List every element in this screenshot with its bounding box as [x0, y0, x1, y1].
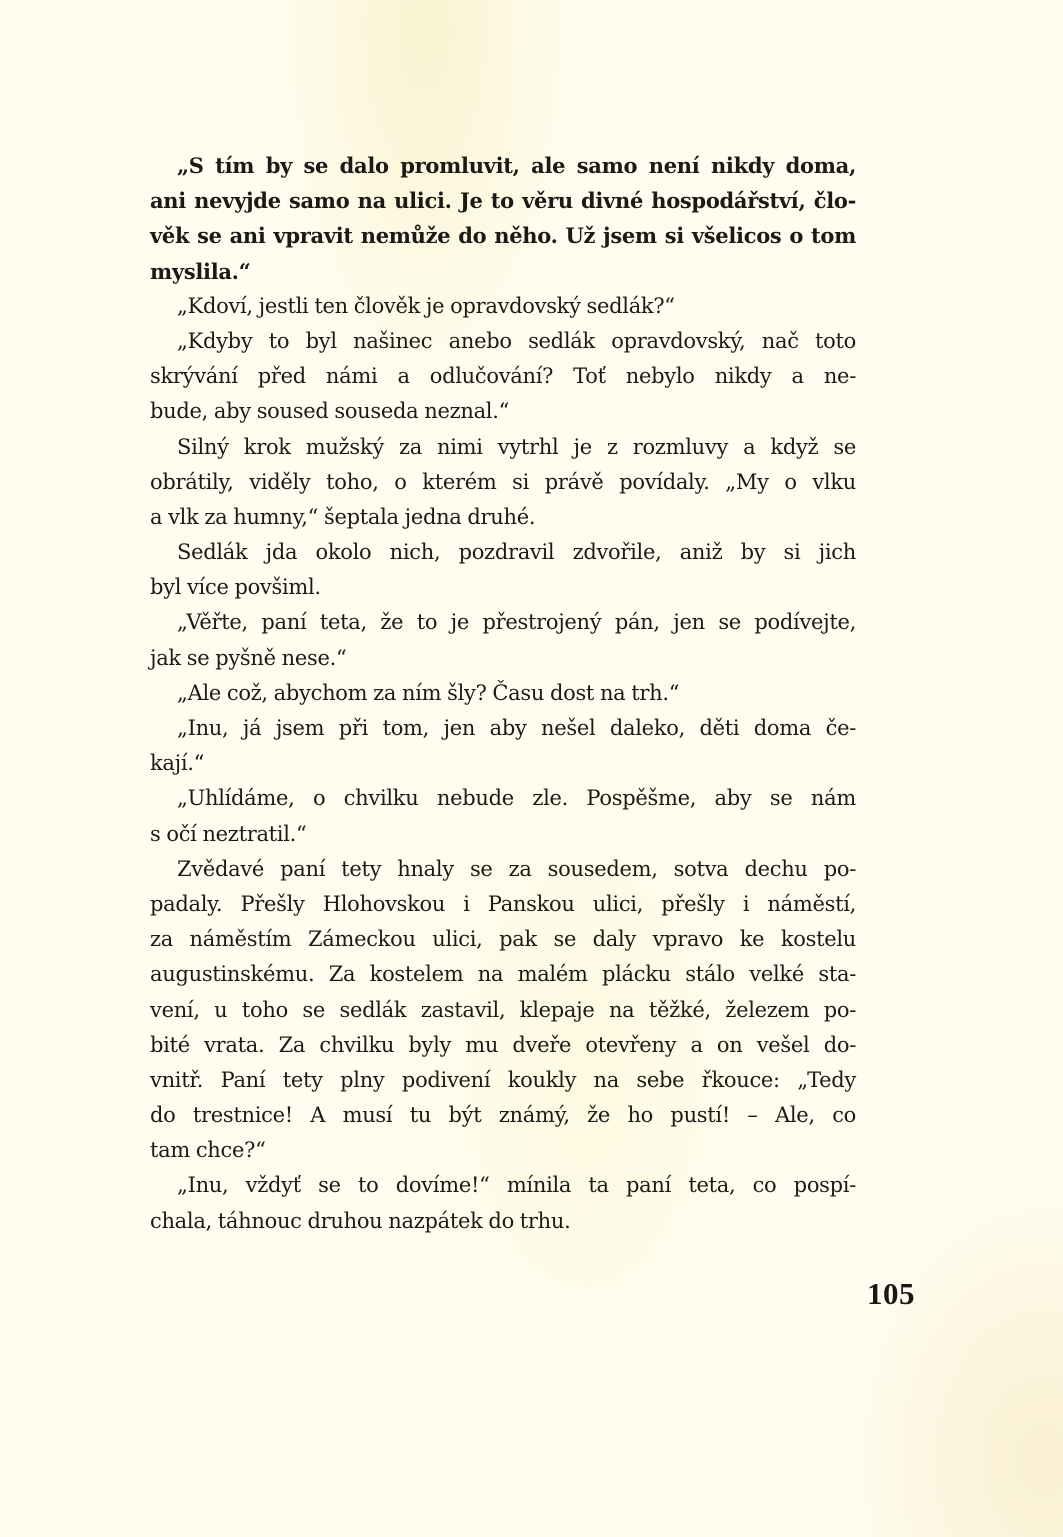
- text-line: s očí neztratil.“: [150, 817, 856, 852]
- text-line: „Inu, já jsem při tom, jen aby nešel dal…: [150, 711, 856, 746]
- text-line: Zvědavé paní tety hnaly se za sousedem, …: [150, 852, 856, 887]
- text-line: Sedlák jda okolo nich, pozdravil zdvořil…: [150, 535, 856, 570]
- text-line: „Inu, vždyť se to dovíme!“ mínila ta pan…: [150, 1168, 856, 1203]
- text-line: jak se pyšně nese.“: [150, 641, 856, 676]
- text-line: ani nevyjde samo na ulici. Je to věru di…: [150, 183, 856, 218]
- paragraph: Silný krok mužský za nimi vytrhl je z ro…: [150, 430, 856, 536]
- text-line: bude, aby soused souseda neznal.“: [150, 394, 856, 429]
- text-line: vení, u toho se sedlák zastavil, klepaje…: [150, 993, 856, 1028]
- text-line: a vlk za humny,“ šeptala jedna druhé.: [150, 500, 856, 535]
- page-body: „S tím by se dalo promluvit, ale samo ne…: [150, 148, 856, 1239]
- paragraph: „S tím by se dalo promluvit, ale samo ne…: [150, 148, 856, 289]
- text-line: „Ale což, abychom za ním šly? Času dost …: [150, 676, 856, 711]
- text-line: chala, táhnouc druhou nazpátek do trhu.: [150, 1204, 856, 1239]
- paragraph: „Kdoví, jestli ten člověk je opravdovský…: [150, 289, 856, 324]
- paragraph: „Uhlídáme, o chvilku nebude zle. Pospěšm…: [150, 781, 856, 851]
- paragraph: „Inu, vždyť se to dovíme!“ mínila ta pan…: [150, 1168, 856, 1238]
- paragraph: „Ale což, abychom za ním šly? Času dost …: [150, 676, 856, 711]
- paragraph: „Věřte, paní teta, že to je přestrojený …: [150, 605, 856, 675]
- text-line: do trestnice! A musí tu být známý, že ho…: [150, 1098, 856, 1133]
- text-line: „Kdyby to byl našinec anebo sedlák oprav…: [150, 324, 856, 359]
- paragraph: Sedlák jda okolo nich, pozdravil zdvořil…: [150, 535, 856, 605]
- text-line: věk se ani vpravit nemůže do něho. Už js…: [150, 218, 856, 253]
- text-line: padaly. Přešly Hlohovskou i Panskou ulic…: [150, 887, 856, 922]
- text-line: „Uhlídáme, o chvilku nebude zle. Pospěšm…: [150, 781, 856, 816]
- paragraph: „Inu, já jsem při tom, jen aby nešel dal…: [150, 711, 856, 781]
- text-line: „Věřte, paní teta, že to je přestrojený …: [150, 605, 856, 640]
- text-line: bité vrata. Za chvilku byly mu dveře ote…: [150, 1028, 856, 1063]
- text-line: „Kdoví, jestli ten člověk je opravdovský…: [150, 289, 856, 324]
- text-line: za náměstím Zámeckou ulici, pak se daly …: [150, 922, 856, 957]
- text-line: kají.“: [150, 746, 856, 781]
- text-line: Silný krok mužský za nimi vytrhl je z ro…: [150, 430, 856, 465]
- text-line: myslila.“: [150, 254, 856, 289]
- paragraph: Zvědavé paní tety hnaly se za sousedem, …: [150, 852, 856, 1169]
- text-line: augustinskému. Za kostelem na malém plác…: [150, 957, 856, 992]
- text-line: „S tím by se dalo promluvit, ale samo ne…: [150, 148, 856, 183]
- text-line: skrývání před námi a odlučování? Toť neb…: [150, 359, 856, 394]
- text-line: vnitř. Paní tety plny podivení koukly na…: [150, 1063, 856, 1098]
- paragraph: „Kdyby to byl našinec anebo sedlák oprav…: [150, 324, 856, 430]
- text-line: tam chce?“: [150, 1133, 856, 1168]
- page-number: 105: [853, 1276, 915, 1312]
- text-line: obrátily, viděly toho, o kterém si právě…: [150, 465, 856, 500]
- text-line: byl více povšiml.: [150, 570, 856, 605]
